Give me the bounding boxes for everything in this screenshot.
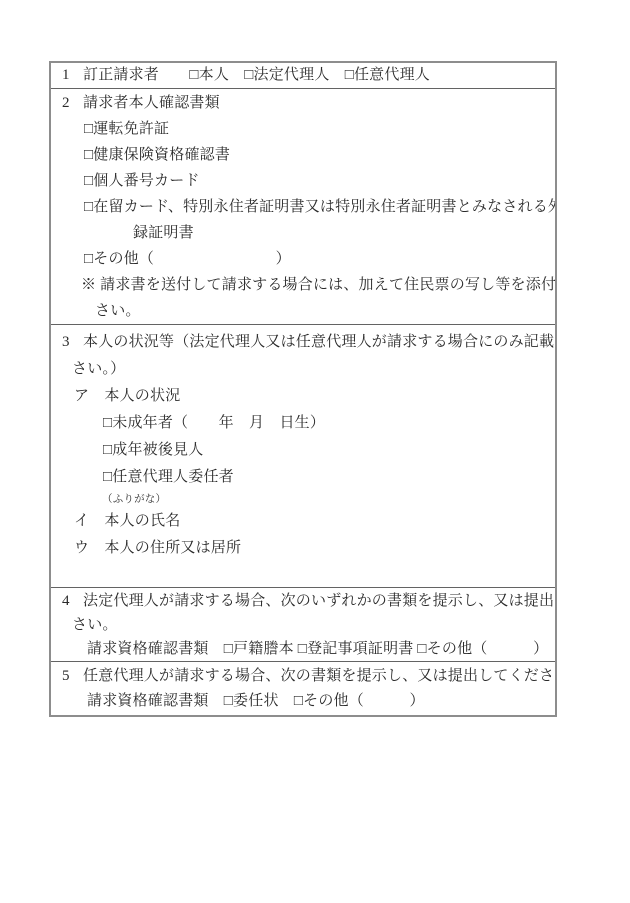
line-text: （ふりがな） — [102, 494, 166, 505]
line-text: 請求資格確認書類 □戸籍謄本 □登記事項証明書 □その他（ ） — [87, 641, 548, 657]
form-row-2: 2請求者本人確認書類□運転免許証□健康保険資格確認書□個人番号カード□在留カード… — [51, 89, 555, 325]
checkbox-option-line: □運転免許証 — [51, 116, 555, 142]
form-row-4: 4法定代理人が請求する場合、次のいずれかの書類を提示し、又は提出してください。請… — [51, 588, 555, 662]
checkbox-option-line: □健康保険資格確認書 — [51, 142, 555, 168]
line-text: □個人番号カード — [84, 173, 200, 189]
checkbox-option-line: 請求資格確認書類 □戸籍謄本 □登記事項証明書 □その他（ ） — [51, 637, 555, 661]
line-text: □在留カード、特別永住者証明書又は特別永住者証明書とみなされる外国人登 — [84, 199, 555, 215]
form-table: 1訂正請求者 □本人 □法定代理人 □任意代理人2請求者本人確認書類□運転免許証… — [49, 61, 557, 717]
line-text: □健康保険資格確認書 — [84, 147, 230, 163]
checkbox-option-line: □成年被後見人 — [51, 437, 555, 464]
checkbox-option-line: 請求資格確認書類 □委任状 □その他（ ） — [51, 689, 555, 714]
checkbox-option-line: 1訂正請求者 □本人 □法定代理人 □任意代理人 — [51, 63, 555, 88]
form-row-3: 3本人の状況等（法定代理人又は任意代理人が請求する場合にのみ記載してください。）… — [51, 325, 555, 588]
line-text: 本人の状況等（法定代理人又は任意代理人が請求する場合にのみ記載してくだ — [83, 334, 555, 350]
form-text-line: 5任意代理人が請求する場合、次の書類を提示し、又は提出してください。 — [51, 664, 555, 689]
line-text: □成年被後見人 — [103, 442, 203, 458]
row-number: 5 — [62, 664, 70, 689]
line-text: さい。 — [72, 617, 118, 633]
form-text-line: ※ 請求書を送付して請求する場合には、加えて住民票の写し等を添付してくだ — [51, 272, 555, 298]
line-text: □運転免許証 — [84, 121, 169, 137]
line-text: □任意代理人委任者 — [103, 469, 234, 485]
line-text: □未成年者（ 年 月 日生） — [103, 415, 325, 431]
form-text-line: 2請求者本人確認書類 — [51, 90, 555, 116]
checkbox-option-line: □その他（ ） — [51, 246, 555, 272]
line-text: 請求者本人確認書類 — [83, 95, 220, 111]
form-text-line: ア 本人の状況 — [51, 383, 555, 410]
form-text-line: 録証明書 — [51, 220, 555, 246]
line-text: 法定代理人が請求する場合、次のいずれかの書類を提示し、又は提出してくだ — [83, 593, 555, 609]
line-text: 任意代理人が請求する場合、次の書類を提示し、又は提出してください。 — [83, 668, 555, 684]
row-number: 3 — [62, 329, 70, 356]
row-number: 4 — [62, 589, 70, 613]
line-text: 録証明書 — [133, 225, 194, 241]
row-number: 2 — [62, 90, 70, 116]
form-text-line: 4法定代理人が請求する場合、次のいずれかの書類を提示し、又は提出してくだ — [51, 589, 555, 613]
document-page: 1訂正請求者 □本人 □法定代理人 □任意代理人2請求者本人確認書類□運転免許証… — [0, 0, 630, 903]
checkbox-option-line: □任意代理人委任者 — [51, 464, 555, 491]
form-text-line: ウ 本人の住所又は居所 — [51, 535, 555, 562]
form-text-line: さい。 — [51, 613, 555, 637]
form-text-line: 3本人の状況等（法定代理人又は任意代理人が請求する場合にのみ記載してくだ — [51, 329, 555, 356]
form-text-line: イ 本人の氏名 — [51, 508, 555, 535]
line-text: 訂正請求者 □本人 □法定代理人 □任意代理人 — [83, 67, 430, 83]
form-text-line: さい。） — [51, 356, 555, 383]
line-text: さい。 — [95, 303, 141, 319]
line-text: ※ 請求書を送付して請求する場合には、加えて住民票の写し等を添付してくだ — [81, 277, 555, 293]
form-text-line: さい。 — [51, 298, 555, 324]
line-text: 請求資格確認書類 □委任状 □その他（ ） — [87, 693, 425, 709]
row-number: 1 — [62, 63, 70, 88]
form-text-line: （ふりがな） — [51, 491, 555, 508]
line-text: ウ 本人の住所又は居所 — [74, 540, 241, 556]
line-text: さい。） — [72, 361, 125, 377]
checkbox-option-line: □未成年者（ 年 月 日生） — [51, 410, 555, 437]
checkbox-option-line: □在留カード、特別永住者証明書又は特別永住者証明書とみなされる外国人登 — [51, 194, 555, 220]
form-row-1: 1訂正請求者 □本人 □法定代理人 □任意代理人 — [51, 63, 555, 89]
line-text: イ 本人の氏名 — [74, 513, 180, 529]
checkbox-option-line: □個人番号カード — [51, 168, 555, 194]
line-text: ア 本人の状況 — [74, 388, 180, 404]
line-text: □その他（ ） — [84, 251, 291, 267]
form-row-5: 5任意代理人が請求する場合、次の書類を提示し、又は提出してください。請求資格確認… — [51, 662, 555, 715]
